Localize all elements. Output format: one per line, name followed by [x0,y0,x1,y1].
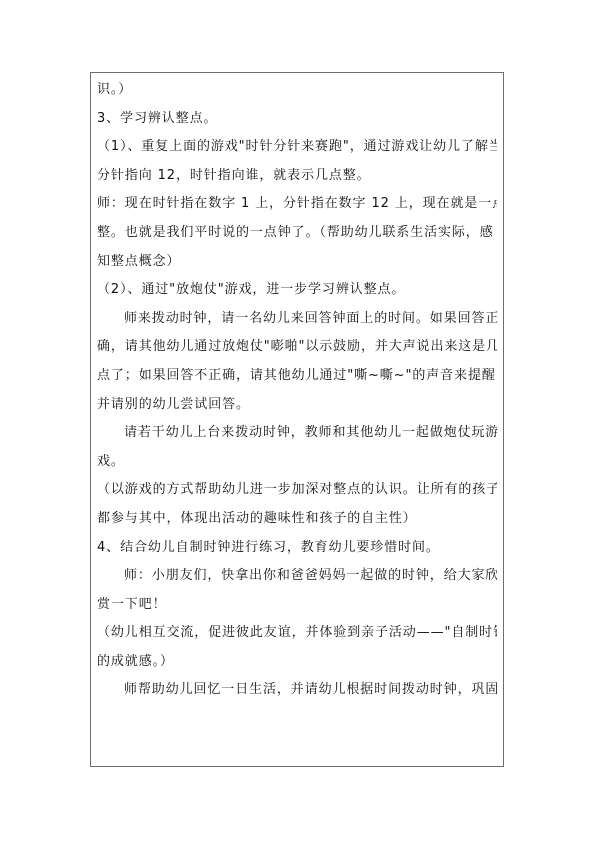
lesson-plan-table-cell: 识。） 3、学习辨认整点。 （1）、重复上面的游戏"时针分针来赛跑"，通过游戏让… [90,72,504,767]
section-heading-3: 3、学习辨认整点。 [97,105,497,134]
text-line: 都参与其中，体现出活动的趣味性和孩子的自主性） [97,505,497,534]
text-line: 确，请其他幼儿通过放炮仗"嘭啪"以示鼓励，并大声说出来这是几 [97,333,497,362]
section-heading-4: 4、结合幼儿自制时钟进行练习，教育幼儿要珍惜时间。 [97,534,497,563]
lesson-plan-text: 识。） 3、学习辨认整点。 （1）、重复上面的游戏"时针分针来赛跑"，通过游戏让… [91,72,503,705]
text-line: （1）、重复上面的游戏"时针分针来赛跑"，通过游戏让幼儿了解当 [97,133,497,162]
text-line: 识。） [97,76,497,105]
text-line: 整。也就是我们平时说的一点钟了。（帮助幼儿联系生活实际，感 [97,219,497,248]
text-line: 师来拨动时钟，请一名幼儿来回答钟面上的时间。如果回答正 [97,305,497,334]
text-line: 赏一下吧！ [97,591,497,620]
text-line: 师：现在时针指在数字 1 上，分针指在数字 12 上，现在就是一点 [97,190,497,219]
text-line: 师：小朋友们，快拿出你和爸爸妈妈一起做的时钟，给大家欣 [97,562,497,591]
text-line: 请若干幼儿上台来拨动时钟，教师和其他幼儿一起做炮仗玩游 [97,419,497,448]
text-line: 戏。 [97,448,497,477]
text-line: （2）、通过"放炮仗"游戏，进一步学习辨认整点。 [97,276,497,305]
text-line: （以游戏的方式帮助幼儿进一步加深对整点的认识。让所有的孩子 [97,476,497,505]
text-line: 的成就感。） [97,648,497,677]
text-line: 知整点概念） [97,248,497,277]
text-line: 师帮助幼儿回忆一日生活，并请幼儿根据时间拨动时钟，巩固 [97,676,497,705]
text-line: （幼儿相互交流，促进彼此友谊，并体验到亲子活动——"自制时钟" [97,619,497,648]
text-line: 分针指向 12，时针指向谁，就表示几点整。 [97,162,497,191]
text-line: 并请别的幼儿尝试回答。 [97,391,497,420]
text-line: 点了；如果回答不正确，请其他幼儿通过"嘶~嘶~"的声音来提醒， [97,362,497,391]
